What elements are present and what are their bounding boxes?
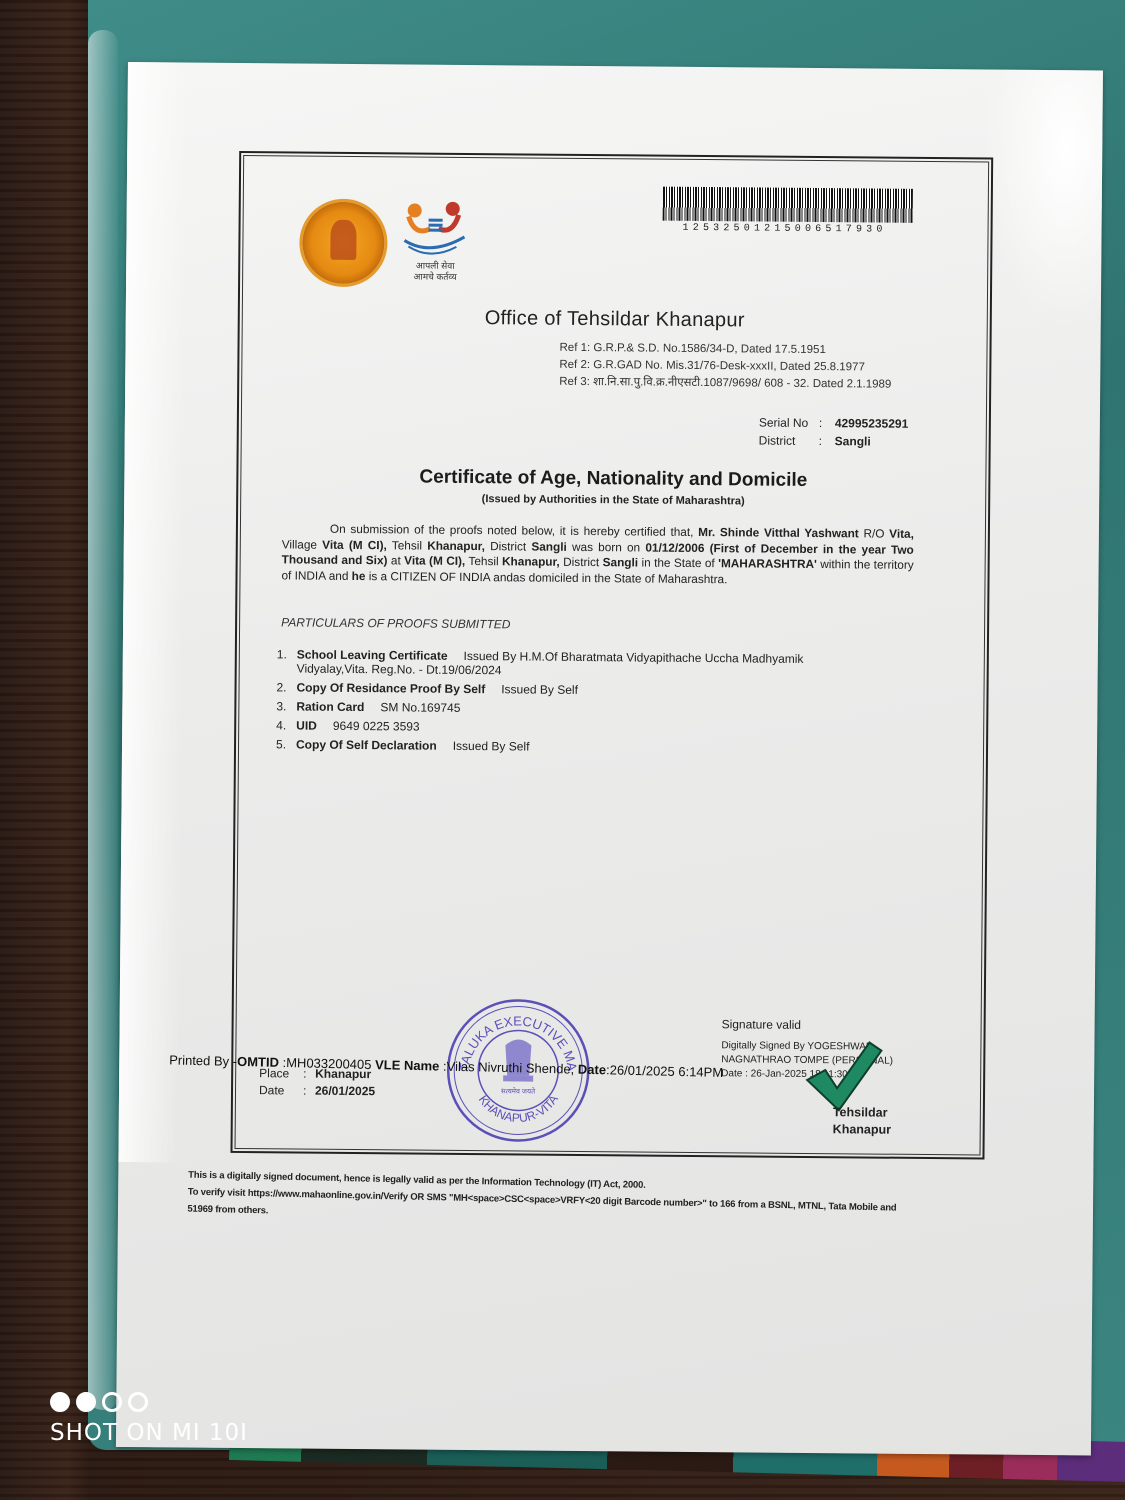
folder-glare: [88, 30, 118, 1410]
serial-number: 42995235291: [835, 416, 909, 431]
certificate-paper: आपली सेवा आमचे कर्तव्य 12532501215006517…: [116, 62, 1103, 1455]
proof-item: 5.Copy Of Self DeclarationIssued By Self: [276, 737, 876, 756]
proofs-list: 1.School Leaving CertificateIssued By H.…: [276, 647, 877, 761]
proof-item: 1.School Leaving CertificateIssued By H.…: [277, 647, 877, 680]
verification-footer: This is a digitally signed document, hen…: [187, 1167, 988, 1236]
applicant-name: Mr. Shinde Vitthal Yashwant: [698, 525, 859, 540]
district-value: Sangli: [835, 434, 871, 448]
ref-3: Ref 3: शा.नि.सा.पु.वि.क्र.नीएसटी.1087/96…: [559, 374, 891, 394]
maharashtra-emblem-icon: [302, 202, 385, 285]
references: Ref 1: G.R.P.& S.D. No.1586/34-D, Dated …: [559, 340, 892, 394]
certificate-frame: आपली सेवा आमचे कर्तव्य 12532501215006517…: [230, 151, 993, 1160]
proof-item: 4.UID9649 0225 3593: [276, 718, 876, 737]
svg-text:KHANAPUR-VITA: KHANAPUR-VITA: [476, 1092, 561, 1126]
certificate-subtitle: (Issued by Authorities in the State of M…: [238, 491, 988, 510]
mi-logo-dots-icon: [50, 1392, 248, 1412]
signatory-designation: Tehsildar Khanapur: [833, 1104, 892, 1139]
certification-paragraph: On submission of the proofs noted below,…: [281, 521, 914, 589]
particulars-heading: PARTICULARS OF PROOFS SUBMITTED: [281, 615, 510, 631]
camera-watermark-text: SHOT ON MI 10I: [50, 1420, 248, 1446]
logo-tagline: आपली सेवा आमचे कर्तव्य: [400, 260, 470, 283]
certificate-title: Certificate of Age, Nationality and Domi…: [238, 465, 988, 494]
svg-text:सत्यमेव जयते: सत्यमेव जयते: [501, 1086, 536, 1095]
barcode-number: 12532501215006517930: [683, 223, 887, 236]
camera-watermark: SHOT ON MI 10I: [50, 1392, 248, 1446]
office-title: Office of Tehsildar Khanapur: [240, 305, 990, 335]
signature-status: Signature valid: [722, 1017, 942, 1033]
barcode: [663, 187, 913, 223]
date-value: 26/01/2025: [315, 1084, 375, 1099]
serial-block: Serial No:42995235291 District:Sangli: [759, 414, 909, 451]
proof-item: 3.Ration CardSM No.169745: [276, 699, 876, 718]
proof-item: 2.Copy Of Residance Proof By SelfIssued …: [276, 680, 876, 699]
paper-glare-right: [981, 69, 1103, 330]
paper-glare-left: [118, 62, 188, 1162]
